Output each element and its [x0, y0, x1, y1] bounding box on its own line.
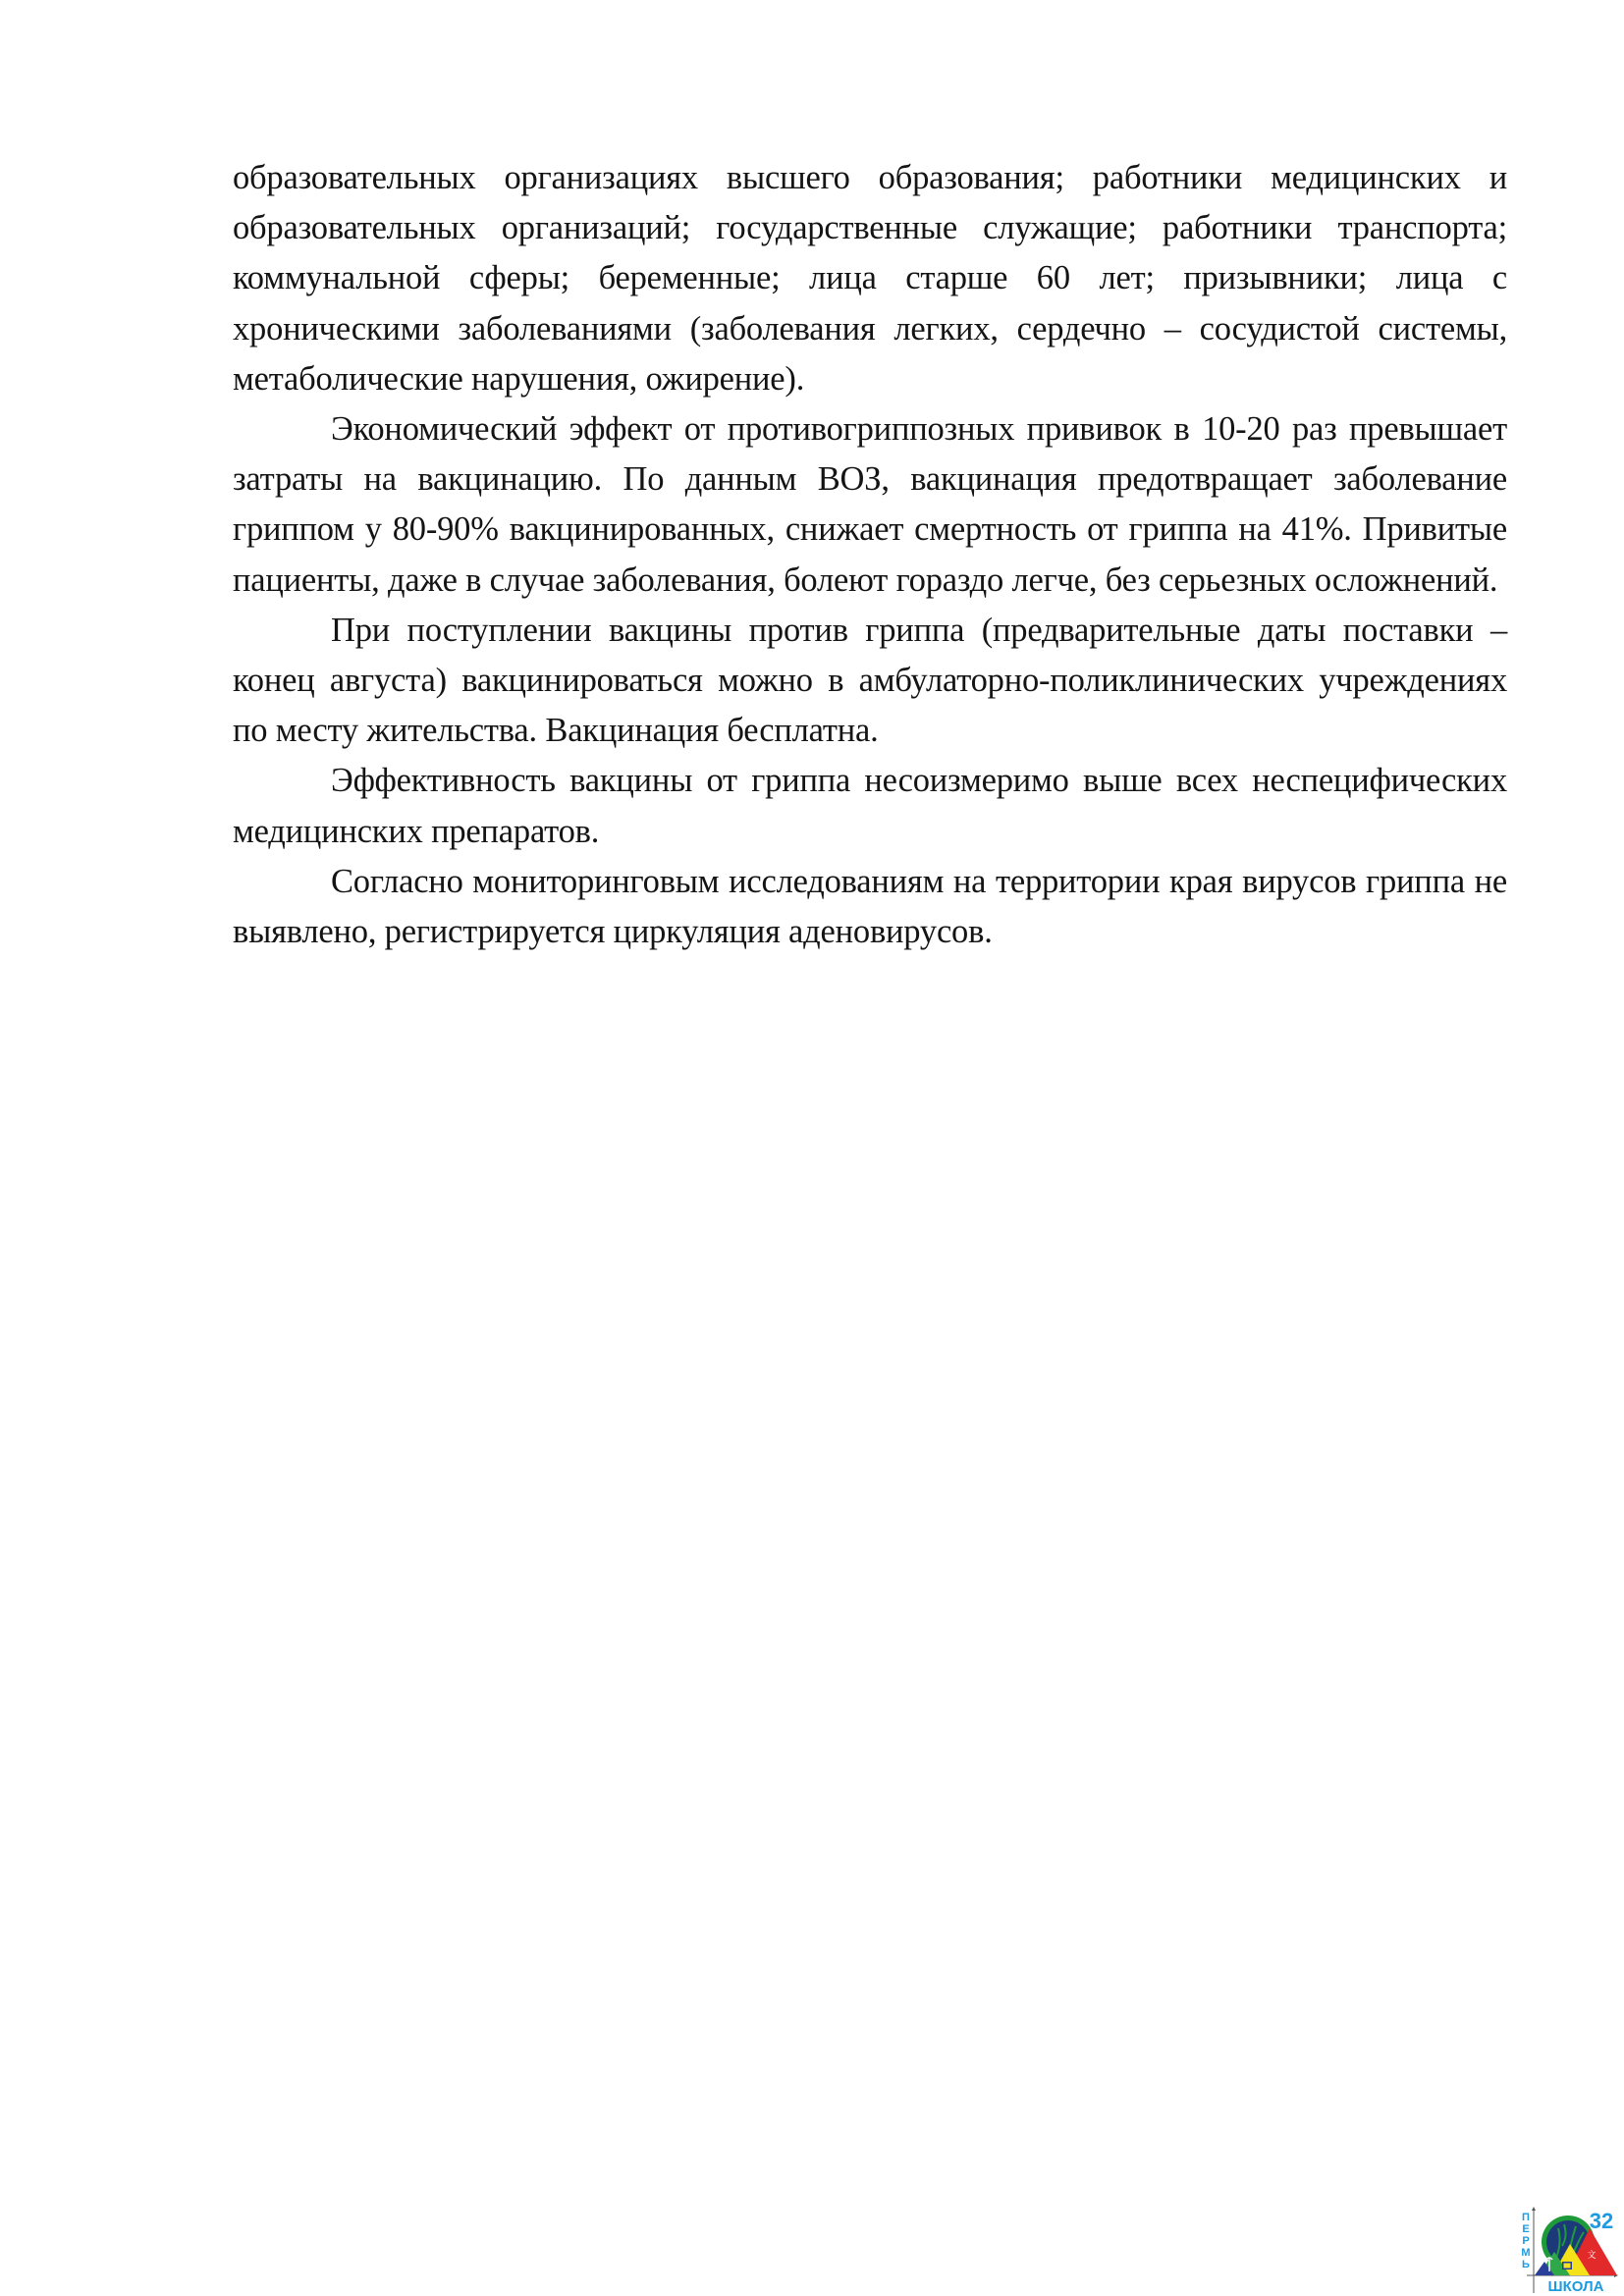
school-label: ШКОЛА	[1548, 2278, 1604, 2295]
city-label-vertical: П Е Р М Ь	[1521, 2212, 1530, 2270]
paragraph-2: Экономический эффект от противогриппозны…	[233, 404, 1507, 606]
svg-text:Е: Е	[1522, 2223, 1529, 2235]
school-logo: 文 32 П Е Р М Ь ШКОЛА	[1519, 2207, 1619, 2296]
svg-text:П: П	[1522, 2212, 1530, 2223]
svg-text:Ь: Ь	[1522, 2259, 1530, 2270]
school-logo-icon: 文 32 П Е Р М Ь ШКОЛА	[1519, 2207, 1619, 2296]
svg-text:文: 文	[1587, 2249, 1596, 2261]
paragraph-3: При поступлении вакцины против гриппа (п…	[233, 606, 1507, 757]
paragraph-5: Согласно мониторинговым исследованиям на…	[233, 857, 1507, 957]
school-number: 32	[1590, 2209, 1613, 2233]
document-body: образовательных организациях высшего обр…	[233, 153, 1507, 957]
svg-text:Р: Р	[1522, 2235, 1529, 2247]
paragraph-1: образовательных организациях высшего обр…	[233, 153, 1507, 404]
paragraph-4: Эффективность вакцины от гриппа несоизме…	[233, 756, 1507, 856]
svg-text:М: М	[1521, 2247, 1530, 2259]
